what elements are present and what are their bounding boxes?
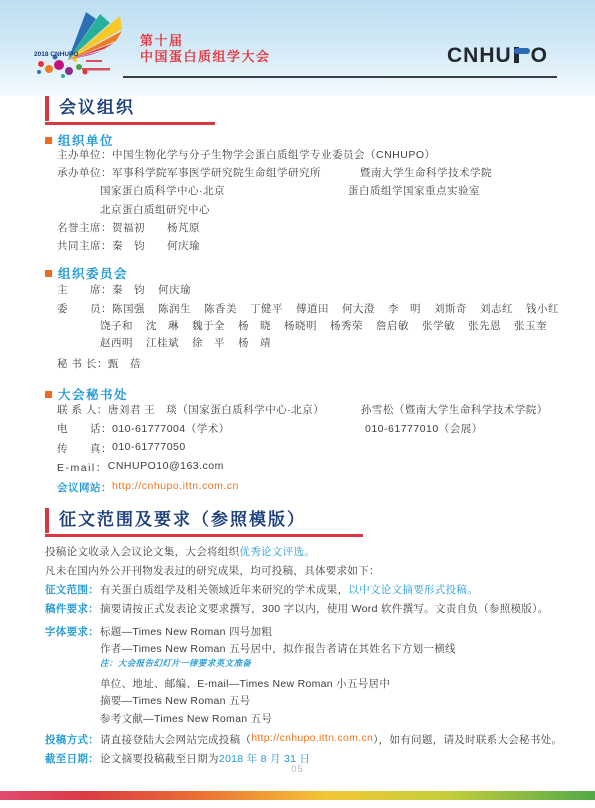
contact-person-1: 唐刘君 王 琰（国家蛋白质科学中心·北京） (108, 402, 361, 417)
page-header: 2018 CNHUPO 第十届 中国蛋白质组学大会 CNHUO (0, 0, 595, 96)
logo-tagline-mark (86, 60, 102, 62)
row-value: 北京蛋白质组研究中心 (100, 202, 348, 217)
person-name: 沈 琳 (146, 318, 179, 333)
section-title-underline (45, 122, 215, 125)
row-label: 电 话： (57, 421, 112, 436)
person-name: 陈香美 (204, 301, 237, 316)
person-name: 张学敏 (422, 318, 455, 333)
row-value: 秦 钧 何庆瑜 (112, 238, 360, 253)
org-row: 共同主席： 秦 钧 何庆瑜 (57, 238, 575, 256)
subheading-text: 大会秘书处 (58, 385, 128, 403)
font-req-title: 标题—Times New Roman 四号加粗 (100, 624, 456, 641)
square-bullet-icon (45, 391, 52, 398)
conference-logo-icon: 2018 CNHUPO (30, 8, 130, 82)
email-address: CNHUPO10@163.com (108, 460, 361, 472)
row-label: 传 真： (57, 441, 112, 456)
conference-title-line2: 中国蛋白质组学大会 (140, 49, 271, 65)
secretariat-list: 联 系 人： 唐刘君 王 琰（国家蛋白质科学中心·北京） 孙雪松（暨南大学生命科… (57, 402, 575, 499)
fax-number: 010-61777050 (112, 441, 365, 453)
logo-year-text: 2018 CNHUPO (34, 51, 78, 58)
row-value2: 蛋白质组学国家重点实验室 (348, 183, 575, 198)
committee-chair-row: 主 席： 秦 钧 何庆瑜 (57, 282, 575, 301)
cfp-submit-line: 投稿方式： 请直接登陆大会网站完成投稿（ http://cnhupo.ittn.… (45, 732, 575, 752)
section-title-text: 征文范围及要求（参照模版） (45, 508, 363, 533)
person-name: 傅道田 (296, 301, 329, 316)
row-label: 委 员： (57, 301, 112, 316)
website-row: 会议网站： http://cnhupo.ittn.com.cn (57, 480, 575, 499)
person-name: 江桂斌 (146, 335, 179, 350)
intro-highlight: 优秀论文评选。 (239, 544, 315, 559)
section-title-underline (45, 534, 363, 537)
row-label: 会议网站： (57, 480, 112, 495)
org-row: 主办单位： 中国生物化学与分子生物学会蛋白质组学专业委员会（CNHUPO） (57, 147, 575, 165)
square-bullet-icon (45, 270, 52, 277)
font-req-author: 作者—Times New Roman 五号居中，拟作报告者请在其姓名下方划一横线 (100, 641, 456, 658)
person-name: 杨秀荣 (330, 318, 363, 333)
person-name: 何庆瑜 (158, 282, 191, 297)
person-name: 魏于全 (192, 318, 225, 333)
row-value: 贺福初 杨芃原 (112, 220, 360, 235)
person-name: 徐 平 (192, 335, 225, 350)
row-label: 主办单位： (57, 147, 112, 162)
person-name: 陈国强 (112, 301, 145, 316)
item-text: 请直接登陆大会网站完成投稿（ (100, 732, 251, 747)
committee-secretary-row: 秘 书 长： 甄 蓓 (57, 356, 575, 373)
item-highlight: 以中文论文摘要形式投稿。 (348, 582, 478, 597)
org-row: 承办单位： 军事科学院军事医学研究院生命组学研究所 暨南大学生命科学技术学院 (57, 165, 575, 183)
person-name: 丁健平 (250, 301, 283, 316)
row-label: 承办单位： (57, 165, 112, 180)
person-name: 刘志红 (480, 301, 513, 316)
person-name: 杨 靖 (238, 335, 271, 350)
cfp-scope-line: 征文范围： 有关蛋白质组学及相关领域近年来研究的学术成果， 以中文论文摘要形式投… (45, 582, 575, 601)
item-label: 稿件要求： (45, 601, 100, 616)
row-label: 名誉主席： (57, 220, 112, 235)
person-name: 詹启敏 (376, 318, 409, 333)
row-label: 共同主席： (57, 238, 112, 253)
organizing-units-list: 主办单位： 中国生物化学与分子生物学会蛋白质组学专业委员会（CNHUPO） 承办… (57, 147, 575, 256)
email-row: E-mail： CNHUPO10@163.com (57, 460, 575, 479)
footer-gradient-bar (0, 791, 595, 800)
row-label: 主 席： (57, 282, 112, 297)
cfp-intro-line-2: 凡未在国内外公开刊物发表过的研究成果，均可投稿，具体要求如下： (45, 563, 575, 582)
person-name: 何大澄 (342, 301, 375, 316)
cfp-intro-line-1: 投稿论文收录入会议论文集，大会将组织 优秀论文评选。 (45, 544, 575, 563)
intro-text: 投稿论文收录入会议论文集，大会将组织 (45, 544, 239, 559)
committee-list: 主 席： 秦 钧 何庆瑜 委 员： 陈国强 陈润生 陈香美 丁健平 傅道田 何大… (57, 282, 575, 373)
person-name: 张先恩 (468, 318, 501, 333)
org-row: 名誉主席： 贺福初 杨芃原 (57, 220, 575, 238)
item-label: 征文范围： (45, 582, 100, 597)
call-for-papers-body: 投稿论文收录入会议论文集，大会将组织 优秀论文评选。 凡未在国内外公开刊物发表过… (45, 544, 575, 771)
person-name: 赵西明 (100, 335, 133, 350)
submission-website-link[interactable]: http://cnhupo.ittn.com.cn (251, 732, 373, 744)
conference-website-link[interactable]: http://cnhupo.ittn.com.cn (112, 480, 239, 492)
conference-title-line1: 第十届 (140, 33, 271, 49)
person-name: 甄 蓓 (108, 356, 141, 371)
committee-member-row: 赵西明 江桂斌 徐 平 杨 靖 (57, 335, 575, 352)
cnhupo-logo: CNHUO (447, 46, 548, 66)
person-name: 杨晓明 (284, 318, 317, 333)
cfp-manuscript-line: 稿件要求： 摘要请按正式发表论文要求撰写，300 字以内，使用 Word 软件撰… (45, 601, 575, 620)
org-row: 北京蛋白质组研究中心 (57, 202, 575, 220)
section-meeting-organization-title: 会议组织 (45, 96, 215, 125)
contact-person-2: 孙雪松（暨南大学生命科学技术学院） (361, 402, 575, 417)
row-value2: 暨南大学生命科学技术学院 (360, 165, 575, 180)
person-name: 钱小红 (526, 301, 559, 316)
subheading-text: 组织委员会 (58, 264, 128, 282)
item-label: 字体要求： (45, 624, 100, 728)
phone-number-2: 010-61777010（会展） (365, 421, 575, 436)
section-call-for-papers-title: 征文范围及要求（参照模版） (45, 508, 363, 537)
page-number: 05 (0, 764, 595, 775)
section-title-text: 会议组织 (45, 96, 215, 121)
row-label: E-mail： (57, 460, 108, 475)
logo-tagline-mark (82, 68, 110, 71)
square-bullet-icon (45, 137, 52, 144)
person-name: 刘斯奇 (434, 301, 467, 316)
contact-row: 联 系 人： 唐刘君 王 琰（国家蛋白质科学中心·北京） 孙雪松（暨南大学生命科… (57, 402, 575, 421)
item-text: 有关蛋白质组学及相关领域近年来研究的学术成果， (100, 582, 348, 597)
phone-row: 电 话： 010-61777004（学术） 010-61777010（会展） (57, 421, 575, 440)
item-label: 投稿方式： (45, 732, 100, 747)
row-value: 中国生物化学与分子生物学会蛋白质组学专业委员会（CNHUPO） (112, 147, 436, 162)
subheading-organizing-committee: 组织委员会 (45, 264, 128, 282)
cnhupo-logo-right: O (531, 46, 548, 66)
cnhupo-logo-p-icon (513, 46, 530, 66)
person-name: 饶子和 (100, 318, 133, 333)
item-text: 摘要请按正式发表论文要求撰写，300 字以内，使用 Word 软件撰写。文责自负… (100, 601, 549, 616)
person-name: 杨 晓 (238, 318, 271, 333)
font-req-affiliation: 单位、地址、邮编、E-mail—Times New Roman 小五号居中 (100, 676, 456, 693)
fax-row: 传 真： 010-61777050 (57, 441, 575, 460)
conference-title: 第十届 中国蛋白质组学大会 (140, 33, 271, 65)
person-name: 张玉奎 (514, 318, 547, 333)
row-value: 国家蛋白质科学中心·北京 (100, 183, 348, 198)
phone-number-1: 010-61777004（学术） (112, 421, 365, 436)
person-name: 秦 钧 (112, 282, 145, 297)
subheading-secretariat: 大会秘书处 (45, 385, 128, 403)
org-row: 国家蛋白质科学中心·北京 蛋白质组学国家重点实验室 (57, 183, 575, 201)
person-name: 李 明 (388, 301, 421, 316)
row-label: 联 系 人： (57, 402, 108, 417)
row-value: 军事科学院军事医学研究院生命组学研究所 (112, 165, 360, 180)
person-name: 陈润生 (158, 301, 191, 316)
committee-member-row: 委 员： 陈国强 陈润生 陈香美 丁健平 傅道田 何大澄 李 明 刘斯奇 刘志红… (57, 301, 575, 318)
committee-member-row: 饶子和 沈 琳 魏于全 杨 晓 杨晓明 杨秀荣 詹启敏 张学敏 张先恩 张玉奎 (57, 318, 575, 335)
font-req-note: 注：大会报告幻灯片一律要求英文准备 (100, 658, 456, 675)
document-page: 2018 CNHUPO 第十届 中国蛋白质组学大会 CNHUO 会议组织 组织单… (0, 0, 595, 808)
font-req-references: 参考文献—Times New Roman 五号 (100, 711, 456, 728)
header-divider (123, 76, 557, 78)
row-label: 秘 书 长： (57, 356, 108, 371)
cfp-font-requirements: 字体要求： 标题—Times New Roman 四号加粗 作者—Times N… (45, 624, 575, 728)
item-text: ），如有问题，请及时联系大会秘书处。 (373, 732, 562, 747)
cnhupo-logo-left: CNHU (447, 46, 512, 66)
intro-text: 凡未在国内外公开刊物发表过的研究成果，均可投稿，具体要求如下： (45, 563, 380, 578)
font-req-abstract: 摘要—Times New Roman 五号 (100, 693, 456, 710)
